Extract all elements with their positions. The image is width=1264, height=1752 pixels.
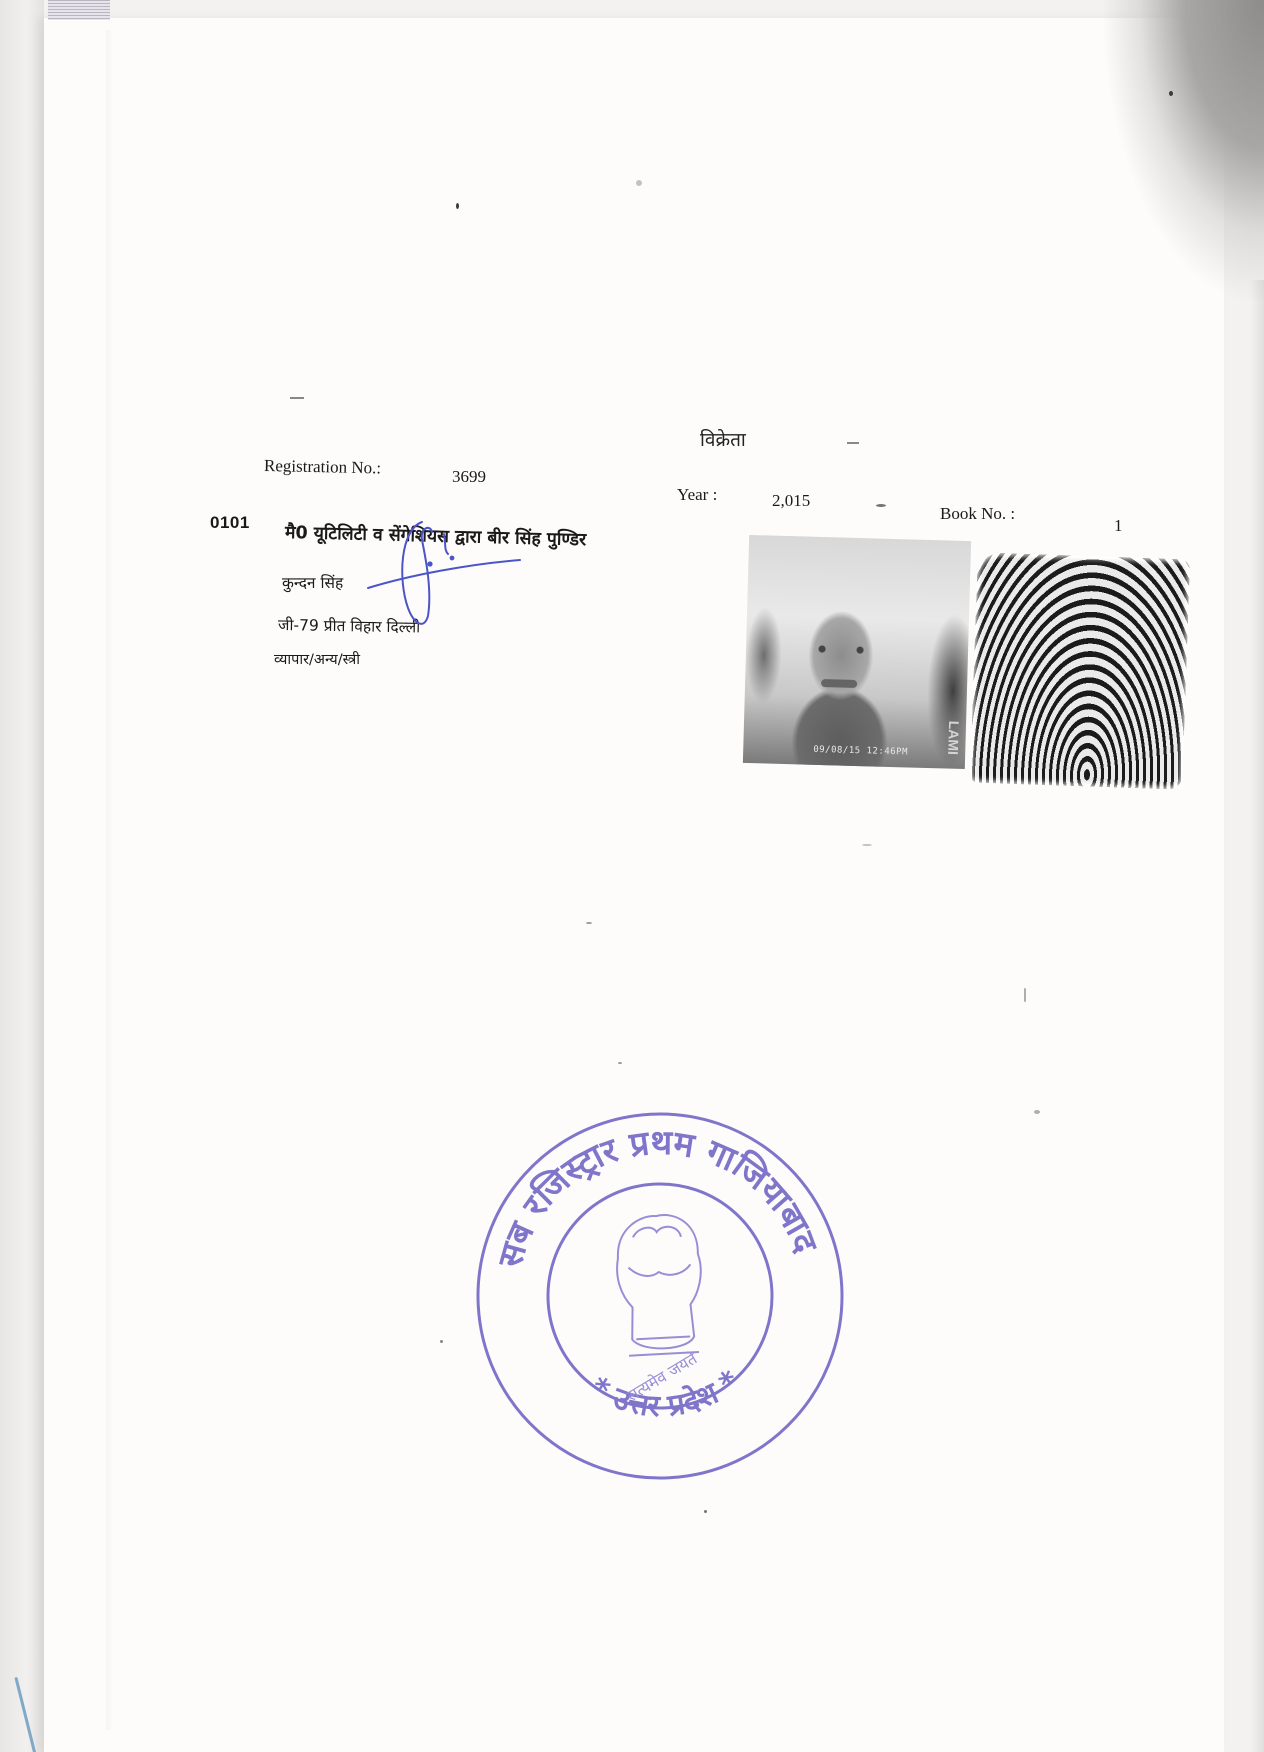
party-occupation: व्यापार/अन्य/स्त्री — [274, 649, 360, 669]
scan-speck — [636, 180, 642, 186]
party-address: जी-79 प्रीत विहार दिल्ली — [278, 613, 421, 637]
photo-side-text: LAMI — [945, 720, 962, 755]
scan-speck — [440, 1340, 443, 1343]
photo-face-detail — [812, 645, 872, 655]
book-number-label: Book No. : — [940, 504, 1015, 524]
right-edge-shadow — [1250, 280, 1264, 1752]
seller-photo: 09/08/15 12:46PM LAMI — [743, 535, 971, 769]
scanned-page — [44, 18, 1224, 1752]
year-value: 2,015 — [772, 491, 810, 511]
scan-speck — [290, 397, 304, 399]
book-number-value: 1 — [1114, 516, 1123, 536]
registration-number-value: 3699 — [452, 467, 486, 487]
page-stack-edge — [0, 0, 44, 1752]
party-code: 0101 — [210, 513, 250, 533]
official-seal-stamp: सब रजिस्ट्रार प्रथम गाजियाबाद * उत्तर प्… — [460, 1096, 859, 1495]
party-father-name: कुन्दन सिंह — [282, 571, 343, 593]
corner-shadow — [1104, 0, 1264, 300]
scan-speck — [586, 922, 592, 924]
photo-face-detail — [821, 679, 857, 688]
document-role-heading: विक्रेता — [700, 426, 746, 452]
scan-speck — [456, 203, 459, 209]
registration-number-label: Registration No.: — [264, 456, 382, 478]
scan-speck — [847, 442, 859, 444]
scan-speck — [1169, 91, 1173, 96]
scan-speck — [704, 1510, 707, 1513]
scan-speck — [876, 504, 886, 507]
thumb-impression — [970, 552, 1190, 789]
scan-speck — [862, 844, 872, 846]
scan-speck — [1024, 988, 1026, 1002]
scan-speck — [1034, 1110, 1040, 1114]
photo-timestamp: 09/08/15 12:46PM — [813, 745, 908, 758]
svg-text:सब रजिस्ट्रार प्रथम गाजियाबाद: सब रजिस्ट्रार प्रथम गाजियाबाद — [483, 1114, 826, 1274]
page-stack-lines — [48, 0, 110, 20]
year-label: Year : — [677, 485, 717, 505]
scan-speck — [618, 1062, 622, 1064]
page-fold-shadow — [106, 30, 114, 1730]
